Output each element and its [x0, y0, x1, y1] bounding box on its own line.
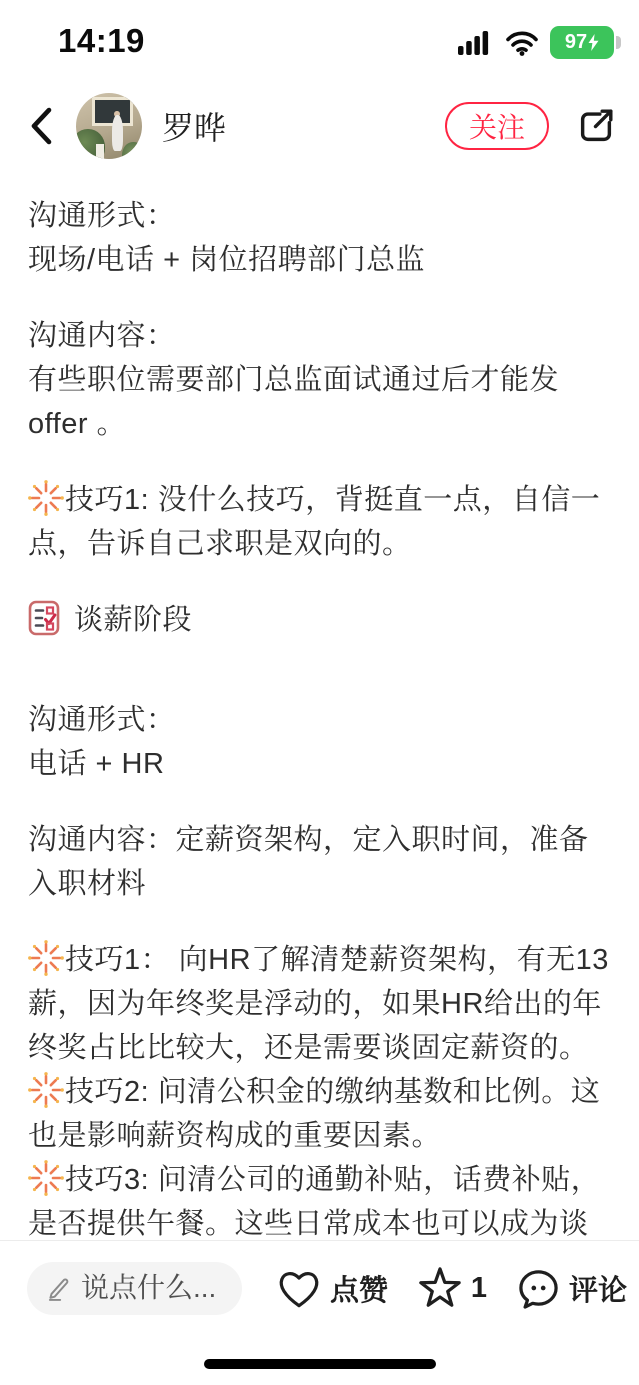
charging-bolt-icon [588, 34, 599, 51]
firework-icon [28, 480, 64, 516]
post-content: 沟通形式： 现场/电话 + 岗位招聘部门总监 沟通内容： 有些职位需要部门总监面… [0, 182, 639, 1385]
post-paragraph: 技巧1: 没什么技巧，背挺直一点，自信一点，告诉自己求职是双向的。 [28, 478, 611, 566]
comment-bubble-icon [516, 1267, 561, 1310]
chevron-left-icon [29, 106, 53, 146]
collect-count: 1 [471, 1272, 487, 1305]
cellular-signal-icon [458, 30, 494, 56]
app-screen: 14:19 97 [0, 0, 639, 1385]
post-paragraph-text: 技巧1: 没什么技巧，背挺直一点，自信一点，告诉自己求职是双向的。 [28, 484, 600, 560]
heart-icon [276, 1267, 322, 1309]
username[interactable]: 罗晔 [162, 103, 226, 149]
battery-percent: 97 [565, 31, 587, 54]
post-paragraph-text: 谈薪阶段 [74, 604, 192, 636]
post-paragraph-text: 技巧1： 向HR了解清楚薪资架构，有无13薪，因为年终奖是浮动的，如果HR给出的… [28, 944, 609, 1064]
paragraph-spacer [28, 446, 611, 478]
paragraph-spacer [28, 566, 611, 598]
post-paragraph: 技巧2: 问清公积金的缴纳基数和比例。这也是影响薪资构成的重要因素。 [28, 1070, 611, 1158]
comment-label: 评论 [569, 1268, 627, 1309]
follow-button[interactable]: 关注 [445, 102, 549, 150]
comment-button[interactable]: 评论 [516, 1267, 627, 1310]
wifi-icon [505, 30, 539, 56]
avatar[interactable] [76, 93, 142, 159]
comment-input-pill[interactable] [27, 1262, 242, 1315]
battery-icon: 97 [550, 26, 621, 59]
firework-icon [28, 1072, 64, 1108]
post-paragraph-text: 技巧2: 问清公积金的缴纳基数和比例。这也是影响薪资构成的重要因素。 [28, 1076, 600, 1152]
post-paragraph: 沟通内容：定薪资架构，定入职时间，准备入职材料 [28, 818, 611, 906]
firework-icon [28, 1160, 64, 1196]
like-label: 点赞 [330, 1268, 388, 1309]
star-icon [417, 1266, 463, 1310]
share-button[interactable] [575, 105, 617, 147]
post-paragraph: 沟通内容： [28, 314, 611, 358]
post-paragraph: 有些职位需要部门总监面试通过后才能发 offer 。 [28, 358, 611, 446]
checklist-icon [28, 600, 60, 636]
share-icon [575, 105, 617, 147]
post-paragraph: 电话 + HR [28, 742, 611, 786]
like-button[interactable]: 点赞 [276, 1267, 388, 1309]
paragraph-spacer [28, 786, 611, 818]
status-bar: 14:19 97 [0, 0, 639, 62]
firework-icon [28, 940, 64, 976]
status-time: 14:19 [58, 22, 145, 60]
post-paragraph: 技巧1： 向HR了解清楚薪资架构，有无13薪，因为年终奖是浮动的，如果HR给出的… [28, 938, 611, 1070]
post-paragraph: 沟通形式： [28, 698, 611, 742]
paragraph-spacer [28, 642, 611, 698]
home-indicator[interactable] [204, 1359, 436, 1369]
pencil-icon [45, 1275, 71, 1301]
back-button[interactable] [28, 105, 54, 147]
comment-input[interactable] [81, 1272, 221, 1304]
post-paragraph: 现场/电话 + 岗位招聘部门总监 [28, 238, 611, 282]
paragraph-spacer [28, 906, 611, 938]
paragraph-spacer [28, 282, 611, 314]
post-paragraph: 沟通形式： [28, 194, 611, 238]
collect-button[interactable]: 1 [417, 1266, 487, 1310]
post-header: 罗晔 关注 [0, 88, 639, 164]
post-paragraph: 谈薪阶段 [28, 598, 611, 642]
bottom-action-bar: 点赞 1 评论 [0, 1240, 639, 1385]
